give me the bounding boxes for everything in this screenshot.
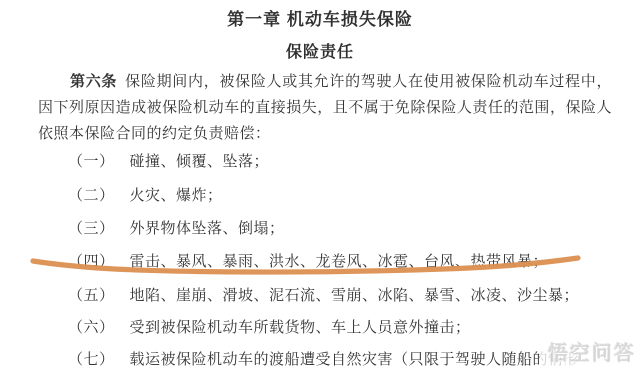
chapter-title: 第一章 机动车损失保险 [0, 5, 640, 30]
clause-row-4-highlighted: （四）雷击、暴风、暴雨、洪水、龙卷风、冰雹、台风、热带风暴； [68, 250, 628, 271]
clause-text: 雷击、暴风、暴雨、洪水、龙卷风、冰雹、台风、热带风暴； [130, 253, 549, 270]
clause-text: 受到被保险机动车所载货物、车上人员意外撞击； [130, 319, 471, 336]
clause-number: （六） [68, 319, 115, 336]
document-page: 第一章 机动车损失保险 保险责任 第六条保险期间内，被保险人或其允许的驾驶人在使… [0, 0, 640, 376]
clause-text: 外界物体坠落、倒塌； [130, 220, 285, 237]
clause-number: （四） [68, 253, 115, 270]
article-paragraph: 第六条保险期间内，被保险人或其允许的驾驶人在使用被保险机动车过程中，因下列原因造… [38, 69, 612, 147]
clause-row-2: （二）火灾、爆炸； [68, 184, 628, 205]
clause-number: （一） [68, 153, 115, 170]
clause-number: （七） [68, 351, 115, 368]
section-title: 保险责任 [0, 39, 640, 62]
clause-text: 碰撞、倾覆、坠落； [130, 153, 270, 170]
article-body-text: 保险期间内，被保险人或其允许的驾驶人在使用被保险机动车过程中，因下列原因造成被保… [38, 73, 612, 142]
clause-number: （二） [68, 187, 115, 204]
clause-text: 地陷、崖崩、滑坡、泥石流、雪崩、冰陷、暴雪、冰凌、沙尘暴； [130, 287, 580, 304]
clause-text: 火灾、爆炸； [130, 187, 223, 204]
clause-number: （三） [68, 220, 115, 237]
clause-row-5: （五）地陷、崖崩、滑坡、泥石流、雪崩、冰陷、暴雪、冰凌、沙尘暴； [68, 284, 628, 305]
article-number-label: 第六条 [70, 73, 117, 90]
clause-row-1: （一）碰撞、倾覆、坠落； [68, 150, 628, 171]
clause-row-3: （三）外界物体坠落、倒塌； [68, 217, 628, 238]
clause-text: 载运被保险机动车的渡船遭受自然灾害（只限于驾驶人随船的情形 [130, 351, 580, 368]
clause-number: （五） [68, 287, 115, 304]
watermark: 悟空问答 [540, 333, 640, 374]
